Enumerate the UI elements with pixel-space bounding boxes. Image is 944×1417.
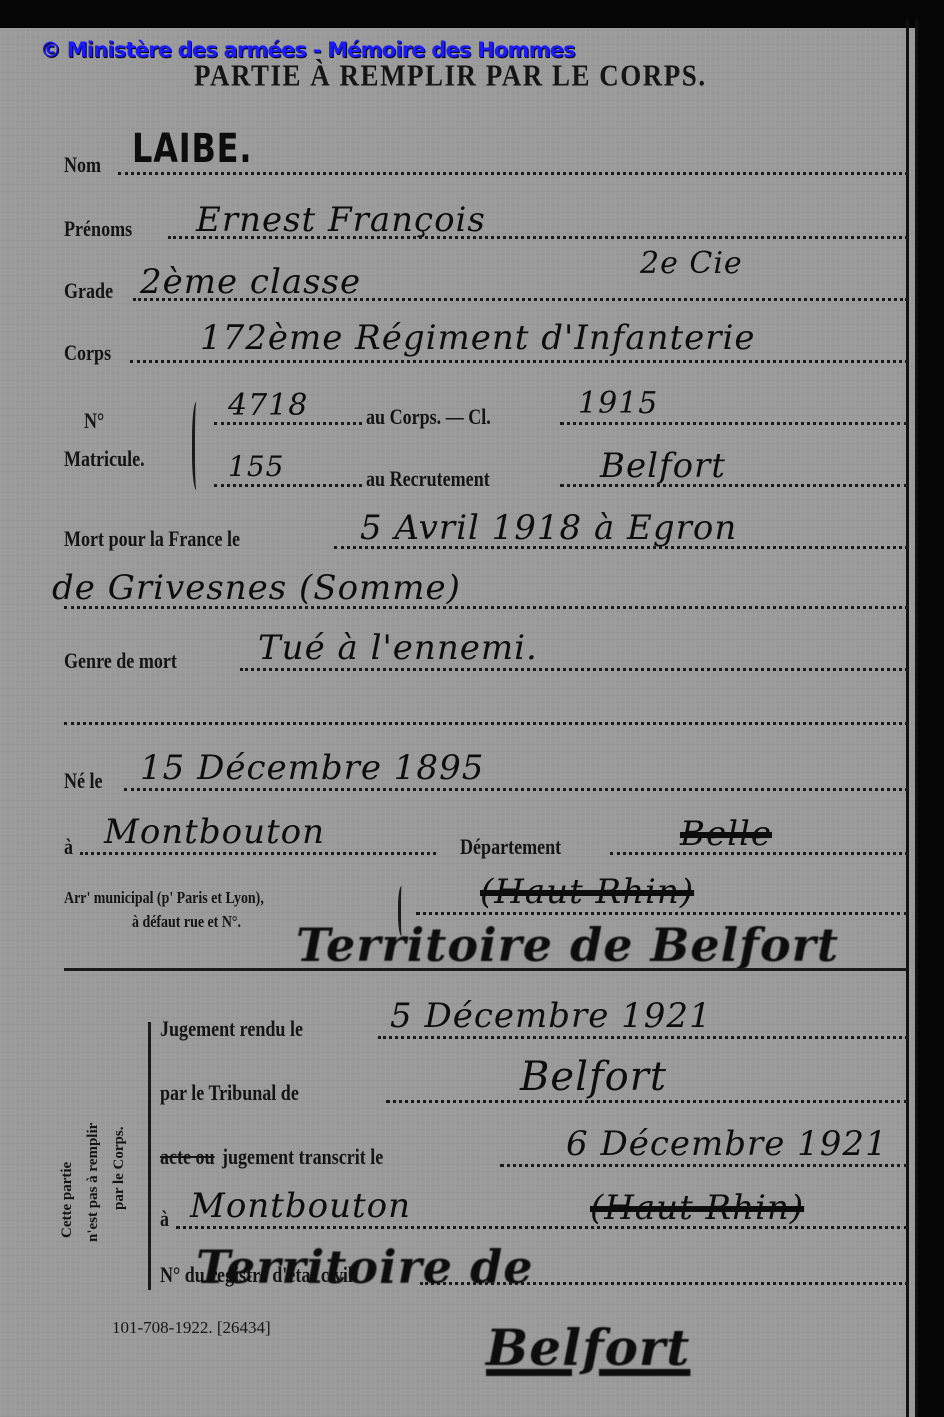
value-registre-line2: Belfort (486, 1318, 690, 1377)
side-note-line2: n'est pas à remplir (82, 1123, 104, 1242)
value-grade: 2ème classe (140, 262, 361, 302)
section-bracket (148, 1022, 157, 1290)
form-reference: 101-708-1922. [26434] (112, 1318, 271, 1338)
label-departement: Département (460, 834, 561, 860)
value-transcrit-date: 6 Décembre 1921 (566, 1124, 888, 1164)
value-compagnie: 2e Cie (640, 246, 743, 281)
dotted-line (378, 1036, 908, 1039)
brace (192, 402, 203, 490)
dotted-line (560, 422, 908, 425)
value-genre-mort: Tué à l'ennemi. (258, 628, 538, 668)
page-edge (906, 20, 909, 1417)
value-registre-line1: Territoire de (196, 1240, 534, 1294)
label-corps: Corps (64, 340, 111, 366)
label-prenoms: Prénoms (64, 216, 132, 242)
label-jugement-rendu: Jugement rendu le (160, 1016, 303, 1042)
dotted-line (416, 912, 908, 915)
dotted-line (240, 668, 908, 671)
value-classe: 1915 (578, 386, 658, 421)
label-genre-mort: Genre de mort (64, 648, 177, 674)
dotted-line (124, 788, 908, 791)
section-divider (64, 968, 908, 971)
label-tribunal: par le Tribunal de (160, 1080, 299, 1106)
label-nom: Nom (64, 152, 101, 178)
value-corps: 172ème Régiment d'Infanterie (200, 318, 756, 358)
dotted-line (130, 360, 908, 363)
label-acte-ou: acte ou (160, 1144, 215, 1170)
value-nom: LAIBE. (132, 126, 252, 172)
value-lieu-struck: (Haut Rhin) (590, 1188, 804, 1228)
label-a-transcription: à (160, 1206, 169, 1232)
side-note-line3: par le Corps. (108, 1127, 130, 1210)
label-grade: Grade (64, 278, 113, 304)
value-naissance: 15 Décembre 1895 (140, 748, 484, 788)
value-tribunal: Belfort (520, 1054, 667, 1100)
copyright-watermark: © Ministère des armées - Mémoire des Hom… (40, 38, 575, 62)
page-edge (915, 20, 918, 1417)
label-matricule: Matricule. (64, 446, 145, 472)
form-header: PARTIE À REMPLIR PAR LE CORPS. (194, 58, 707, 94)
label-no: N° (84, 408, 104, 434)
label-transcrit: jugement transcrit le (222, 1144, 383, 1170)
label-au-corps: au Corps. — Cl. (366, 404, 491, 430)
label-recrutement: au Recrutement (366, 466, 490, 492)
label-mort: Mort pour la France le (64, 526, 240, 552)
value-mort-line2: de Grivesnes (Somme) (52, 568, 461, 608)
value-departement-struck-2: (Haut Rhin) (480, 872, 694, 912)
dotted-line (500, 1164, 908, 1167)
value-departement-struck: Belle (680, 814, 772, 854)
value-recrutement-lieu: Belfort (600, 446, 726, 486)
value-mort-line1: 5 Avril 1918 à Egron (360, 508, 737, 548)
dotted-line (386, 1100, 908, 1103)
value-jugement-date: 5 Décembre 1921 (390, 996, 712, 1036)
dotted-line (214, 484, 362, 487)
value-lieu-naissance: Montbouton (104, 812, 325, 852)
value-matricule-corps: 4718 (228, 388, 308, 423)
value-lieu-transcription: Montbouton (190, 1186, 411, 1226)
value-departement: Territoire de Belfort (296, 918, 839, 972)
value-matricule-recrutement: 155 (228, 450, 284, 483)
label-arrondissement-2: à défaut rue et N°. (132, 912, 241, 932)
dotted-line (118, 172, 908, 175)
side-note-line1: Cette partie (56, 1162, 78, 1238)
label-ne-le: Né le (64, 768, 103, 794)
value-prenoms: Ernest François (196, 200, 486, 240)
dotted-line (64, 722, 908, 725)
label-arrondissement-1: Arr' municipal (p' Paris et Lyon), (64, 888, 264, 908)
label-a: à (64, 834, 73, 860)
dotted-line (80, 852, 436, 855)
